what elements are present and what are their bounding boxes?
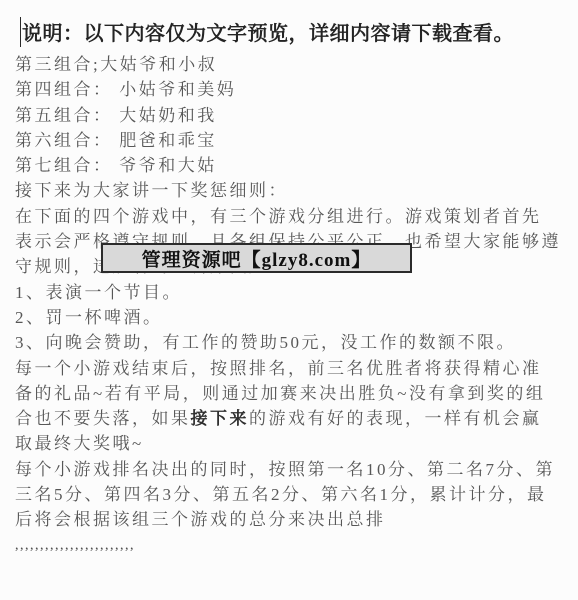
line-text-pre: 备的礼品~若有平局，则通过加赛来决出胜负~没有拿到奖的组 [15,384,545,403]
preview-notice-heading: 说明：以下内容仅为文字预览，详细内容请下载查看。 [22,17,514,46]
line-text-post: 的游戏有好的表现，一样有机会赢 [249,409,542,428]
text-line: 取最终大奖哦~ [15,431,575,456]
line-text-pre: 每一个小游戏结束后，按照排名，前三名优胜者将获得精心准 [15,359,542,378]
line-text-pre: 第七组合： 爷爷和大姑 [15,156,217,175]
highlighted-keyword: 接下来 [191,409,250,428]
text-line: 合也不要失落，如果接下来的游戏有好的表现，一样有机会赢 [15,406,575,431]
text-line: 1、表演一个节目。 [15,280,575,305]
line-text-pre: 第五组合： 大姑奶和我 [15,106,217,125]
text-line: 每一个小游戏结束后，按照排名，前三名优胜者将获得精心准 [15,356,575,381]
line-text-pre: 1、表演一个节目。 [15,283,182,302]
text-line: 备的礼品~若有平局，则通过加赛来决出胜负~没有拿到奖的组 [15,381,575,406]
line-text-pre: 合也不要失落，如果 [15,409,191,428]
text-line: 第四组合： 小姑爷和美妈 [15,77,575,102]
line-text-pre: 3、向晚会赞助，有工作的赞助50元，没工作的数额不限。 [15,333,516,352]
line-text-pre: 接下来为大家讲一下奖惩细则： [15,181,288,200]
line-text-pre: 第六组合： 肥爸和乖宝 [15,131,217,150]
text-line: 每个小游戏排名决出的同时，按照第一名10分、第二名7分、第 [15,457,575,482]
watermark-stamp: 管理资源吧【glzy8.com】 [101,243,412,273]
line-text-pre: 在下面的四个游戏中，有三个游戏分组进行。游戏策划者首先 [15,207,542,226]
line-text-pre: 三名5分、第四名3分、第五名2分、第六名1分，累计计分，最 [15,485,547,504]
line-text-pre: 后将会根据该组三个游戏的总分来决出总排 [15,510,386,529]
text-line: 后将会根据该组三个游戏的总分来决出总排 [15,507,575,532]
text-line: 接下来为大家讲一下奖惩细则： [15,178,575,203]
text-line: 在下面的四个游戏中，有三个游戏分组进行。游戏策划者首先 [15,204,575,229]
text-line: 三名5分、第四名3分、第五名2分、第六名1分，累计计分，最 [15,482,575,507]
text-line: 3、向晚会赞助，有工作的赞助50元，没工作的数额不限。 [15,330,575,355]
line-text-pre: 每个小游戏排名决出的同时，按照第一名10分、第二名7分、第 [15,460,555,479]
document-preview-page: 说明：以下内容仅为文字预览，详细内容请下载查看。 第三组合;大姑爷和小叔第四组合… [0,0,578,600]
line-text-pre: 第三组合;大姑爷和小叔 [15,55,217,74]
text-cursor [20,17,21,47]
text-line: 2、罚一杯啤酒。 [15,305,575,330]
line-text-pre: 取最终大奖哦~ [15,434,144,453]
line-text-pre: ,,,,,,,,,,,,,,,,,,,,,,,, [15,538,135,553]
text-line: 第七组合： 爷爷和大姑 [15,153,575,178]
text-line: ,,,,,,,,,,,,,,,,,,,,,,,, [15,533,575,558]
watermark-text: 管理资源吧【glzy8.com】 [142,245,372,272]
text-line: 第三组合;大姑爷和小叔 [15,52,575,77]
text-line: 第六组合： 肥爸和乖宝 [15,128,575,153]
line-text-pre: 第四组合： 小姑爷和美妈 [15,80,236,99]
line-text-pre: 2、罚一杯啤酒。 [15,308,163,327]
document-text-body[interactable]: 第三组合;大姑爷和小叔第四组合： 小姑爷和美妈第五组合： 大姑奶和我第六组合： … [15,52,575,558]
text-line: 第五组合： 大姑奶和我 [15,103,575,128]
